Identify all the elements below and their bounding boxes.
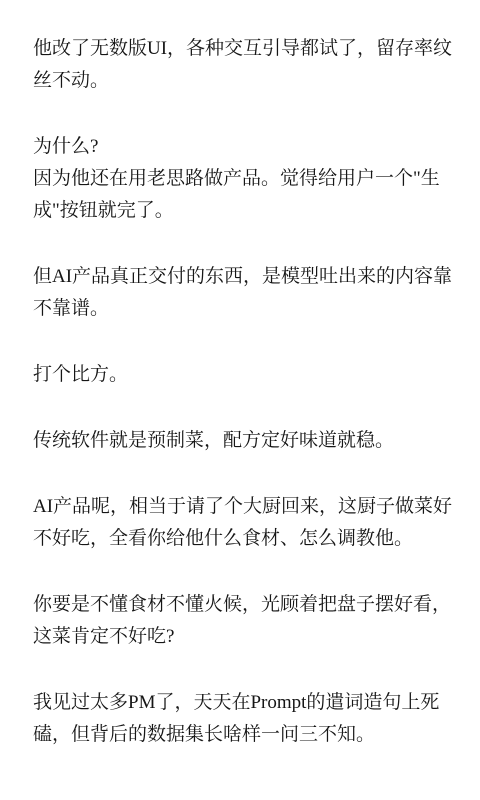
paragraph: 我见过太多PM了，天天在Prompt的遣词造句上死磕，但背后的数据集长啥样一问三… bbox=[33, 687, 447, 751]
text-line: 但AI产品真正交付的东西，是模型吐出来的内容靠 bbox=[33, 261, 447, 293]
paragraph: 为什么?因为他还在用老思路做产品。觉得给用户一个"生成"按钮就完了。 bbox=[33, 131, 447, 227]
article-page: 他改了无数版UI，各种交互引导都试了，留存率纹丝不动。为什么?因为他还在用老思路… bbox=[0, 0, 480, 800]
text-line: 打个比方。 bbox=[33, 359, 447, 391]
text-line: 为什么? bbox=[33, 131, 447, 163]
text-line: 丝不动。 bbox=[33, 65, 447, 97]
paragraph: 传统软件就是预制菜，配方定好味道就稳。 bbox=[33, 425, 447, 457]
text-line: 这菜肯定不好吃? bbox=[33, 621, 447, 653]
text-line: 成"按钮就完了。 bbox=[33, 195, 447, 227]
paragraph: 但AI产品真正交付的东西，是模型吐出来的内容靠不靠谱。 bbox=[33, 261, 447, 325]
text-line: 我见过太多PM了，天天在Prompt的遣词造句上死 bbox=[33, 687, 447, 719]
text-line: 不好吃，全看你给他什么食材、怎么调教他。 bbox=[33, 523, 447, 555]
text-line: 因为他还在用老思路做产品。觉得给用户一个"生 bbox=[33, 163, 447, 195]
text-line: 传统软件就是预制菜，配方定好味道就稳。 bbox=[33, 425, 447, 457]
text-line: 你要是不懂食材不懂火候，光顾着把盘子摆好看， bbox=[33, 589, 447, 621]
text-line: 磕，但背后的数据集长啥样一问三不知。 bbox=[33, 719, 447, 751]
paragraph: 你要是不懂食材不懂火候，光顾着把盘子摆好看，这菜肯定不好吃? bbox=[33, 589, 447, 653]
paragraph: 打个比方。 bbox=[33, 359, 447, 391]
paragraph: AI产品呢，相当于请了个大厨回来，这厨子做菜好不好吃，全看你给他什么食材、怎么调… bbox=[33, 491, 447, 555]
paragraph-container: 他改了无数版UI，各种交互引导都试了，留存率纹丝不动。为什么?因为他还在用老思路… bbox=[33, 33, 447, 751]
text-line: 他改了无数版UI，各种交互引导都试了，留存率纹 bbox=[33, 33, 447, 65]
paragraph: 他改了无数版UI，各种交互引导都试了，留存率纹丝不动。 bbox=[33, 33, 447, 97]
text-line: AI产品呢，相当于请了个大厨回来，这厨子做菜好 bbox=[33, 491, 447, 523]
text-line: 不靠谱。 bbox=[33, 293, 447, 325]
